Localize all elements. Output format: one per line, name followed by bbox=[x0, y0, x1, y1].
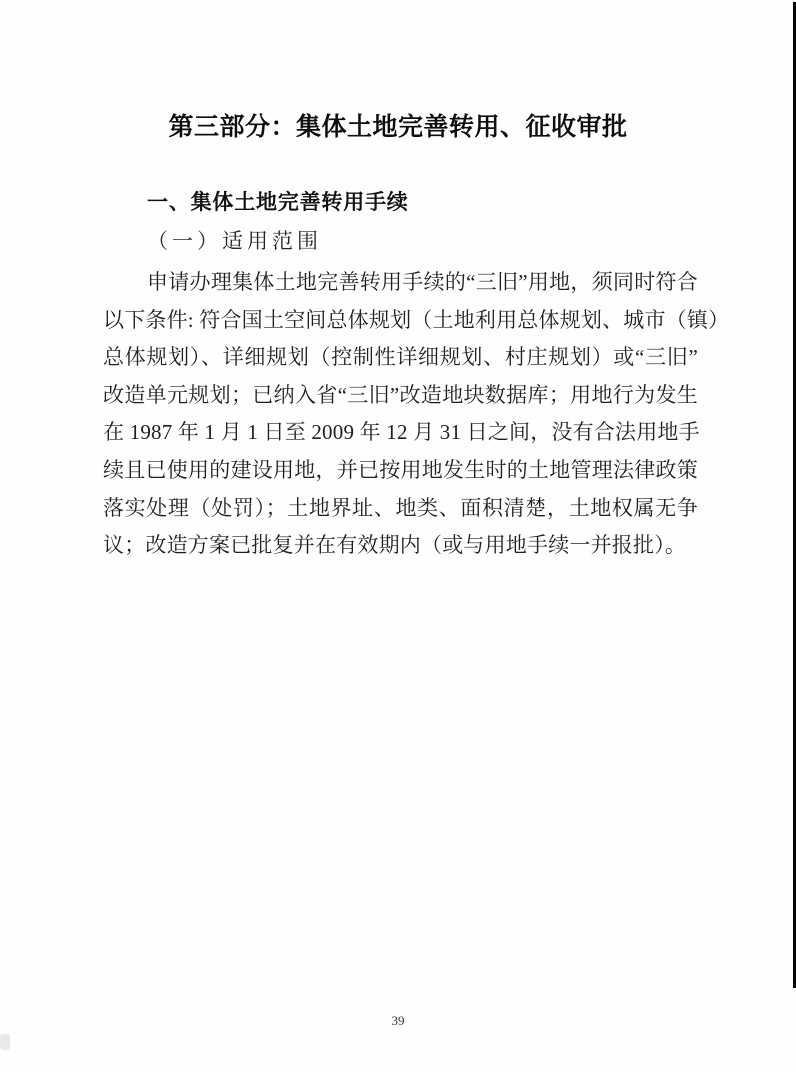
page-title: 第三部分：集体土地完善转用、征收审批 bbox=[98, 108, 698, 146]
page-number: 39 bbox=[0, 1012, 796, 1030]
subsection-heading: （一）适用范围 bbox=[147, 227, 322, 255]
body-line: 以下条件: 符合国土空间总体规划（土地利用总体规划、城市（镇） bbox=[103, 302, 698, 340]
body-line: 落实处理（处罚）；土地界址、地类、面积清楚，土地权属无争 bbox=[103, 490, 698, 528]
body-paragraph: 申请办理集体土地完善转用手续的“三旧”用地，须同时符合 以下条件: 符合国土空间… bbox=[103, 264, 698, 565]
body-line: 申请办理集体土地完善转用手续的“三旧”用地，须同时符合 bbox=[103, 264, 698, 302]
body-line: 在 1987 年 1 月 1 日至 2009 年 12 月 31 日之间，没有合… bbox=[103, 414, 698, 452]
body-line: 议；改造方案已批复并在有效期内（或与用地手续一并报批）。 bbox=[103, 527, 698, 565]
body-line: 改造单元规划；已纳入省“三旧”改造地块数据库；用地行为发生 bbox=[103, 377, 698, 415]
section-heading: 一、集体土地完善转用手续 bbox=[147, 188, 409, 218]
body-line: 总体规划）、详细规划（控制性详细规划、村庄规划）或“三旧” bbox=[103, 339, 698, 377]
scan-artifact-smudge bbox=[0, 1034, 10, 1050]
body-line: 续且已使用的建设用地，并已按用地发生时的土地管理法律政策 bbox=[103, 452, 698, 490]
document-page: 第三部分：集体土地完善转用、征收审批 一、集体土地完善转用手续 （一）适用范围 … bbox=[0, 0, 796, 1072]
